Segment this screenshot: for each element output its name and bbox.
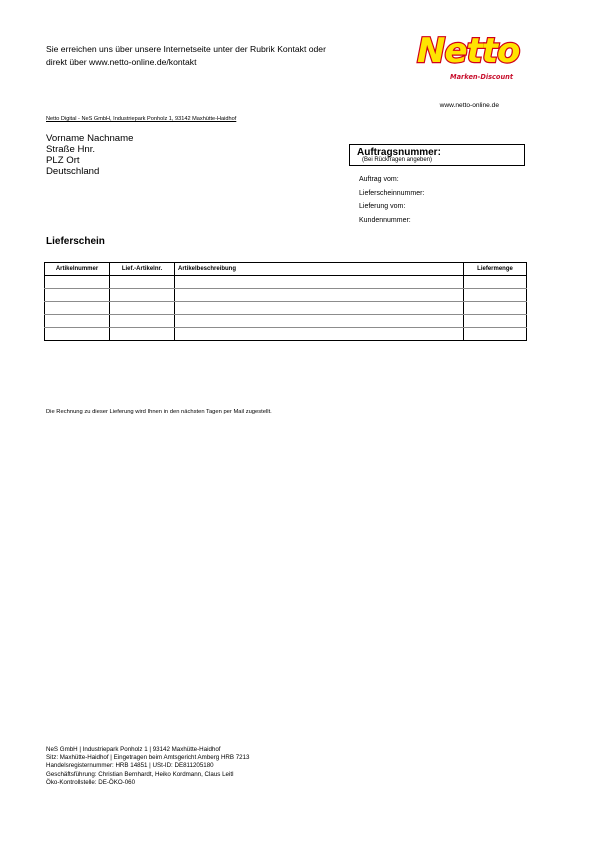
table-row <box>45 315 527 328</box>
cell <box>175 289 464 302</box>
col-delivery-quantity: Liefermenge <box>464 263 527 276</box>
footer-line: Geschäftsführung: Christian Bernhardt, H… <box>46 771 250 779</box>
contact-line-1: Sie erreichen uns über unsere Internetse… <box>46 43 366 56</box>
footer-line: Handelsregisternummer: HRB 14851 | USt-I… <box>46 762 250 770</box>
cell <box>464 276 527 289</box>
cell <box>110 302 175 315</box>
footer-line: NeS GmbH | Industriepark Ponholz 1 | 931… <box>46 746 250 754</box>
recipient-city: PLZ Ort <box>46 155 133 166</box>
cell <box>464 289 527 302</box>
cell <box>110 276 175 289</box>
cell <box>45 276 110 289</box>
customer-number-label: Kundennummer: <box>359 217 424 231</box>
cell <box>175 328 464 341</box>
table-row <box>45 302 527 315</box>
col-supplier-article-number: Lief.-Artikelnr. <box>110 263 175 276</box>
table-row <box>45 289 527 302</box>
netto-logo: Netto Marken-Discount <box>417 37 513 83</box>
logo-wordmark: Netto <box>417 31 519 71</box>
footer-line: Sitz: Maxhütte-Haidhof | Eingetragen bei… <box>46 754 250 762</box>
cell <box>464 328 527 341</box>
cell <box>110 328 175 341</box>
items-table: Artikelnummer Lief.-Artikelnr. Artikelbe… <box>44 262 527 341</box>
document-title: Lieferschein <box>46 236 105 247</box>
sender-line: Netto Digital - NeS GmbH, Industriepark … <box>46 116 236 122</box>
delivery-date-label: Lieferung vom: <box>359 203 424 217</box>
cell <box>45 315 110 328</box>
invoice-note: Die Rechnung zu dieser Lieferung wird Ih… <box>46 409 272 415</box>
order-number-hint: (Bei Rückfragen angeben) <box>362 157 432 163</box>
cell <box>175 276 464 289</box>
table-row <box>45 276 527 289</box>
cell <box>45 302 110 315</box>
cell <box>110 289 175 302</box>
col-article-description: Artikelbeschreibung <box>175 263 464 276</box>
table-row <box>45 328 527 341</box>
order-date-label: Auftrag vom: <box>359 176 424 190</box>
company-footer: NeS GmbH | Industriepark Ponholz 1 | 931… <box>46 746 250 787</box>
table-header: Artikelnummer Lief.-Artikelnr. Artikelbe… <box>45 263 527 276</box>
order-meta: Auftrag vom: Lieferscheinnummer: Lieferu… <box>359 176 424 230</box>
footer-line: Öko-Kontrollstelle: DE-ÖKO-060 <box>46 779 250 787</box>
cell <box>464 315 527 328</box>
recipient-address: Vorname Nachname Straße Hnr. PLZ Ort Deu… <box>46 133 133 177</box>
cell <box>175 302 464 315</box>
cell <box>175 315 464 328</box>
website-url: www.netto-online.de <box>440 102 499 109</box>
recipient-name: Vorname Nachname <box>46 133 133 144</box>
contact-info: Sie erreichen uns über unsere Internetse… <box>46 43 366 69</box>
logo-tagline: Marken-Discount <box>450 73 513 81</box>
cell <box>45 328 110 341</box>
cell <box>464 302 527 315</box>
col-article-number: Artikelnummer <box>45 263 110 276</box>
delivery-note-number-label: Lieferscheinnummer: <box>359 190 424 204</box>
contact-line-2: direkt über www.netto-online.de/kontakt <box>46 56 366 69</box>
order-number-box: Auftragsnummer: (Bei Rückfragen angeben) <box>349 144 525 166</box>
cell <box>110 315 175 328</box>
recipient-street: Straße Hnr. <box>46 144 133 155</box>
recipient-country: Deutschland <box>46 166 133 177</box>
cell <box>45 289 110 302</box>
